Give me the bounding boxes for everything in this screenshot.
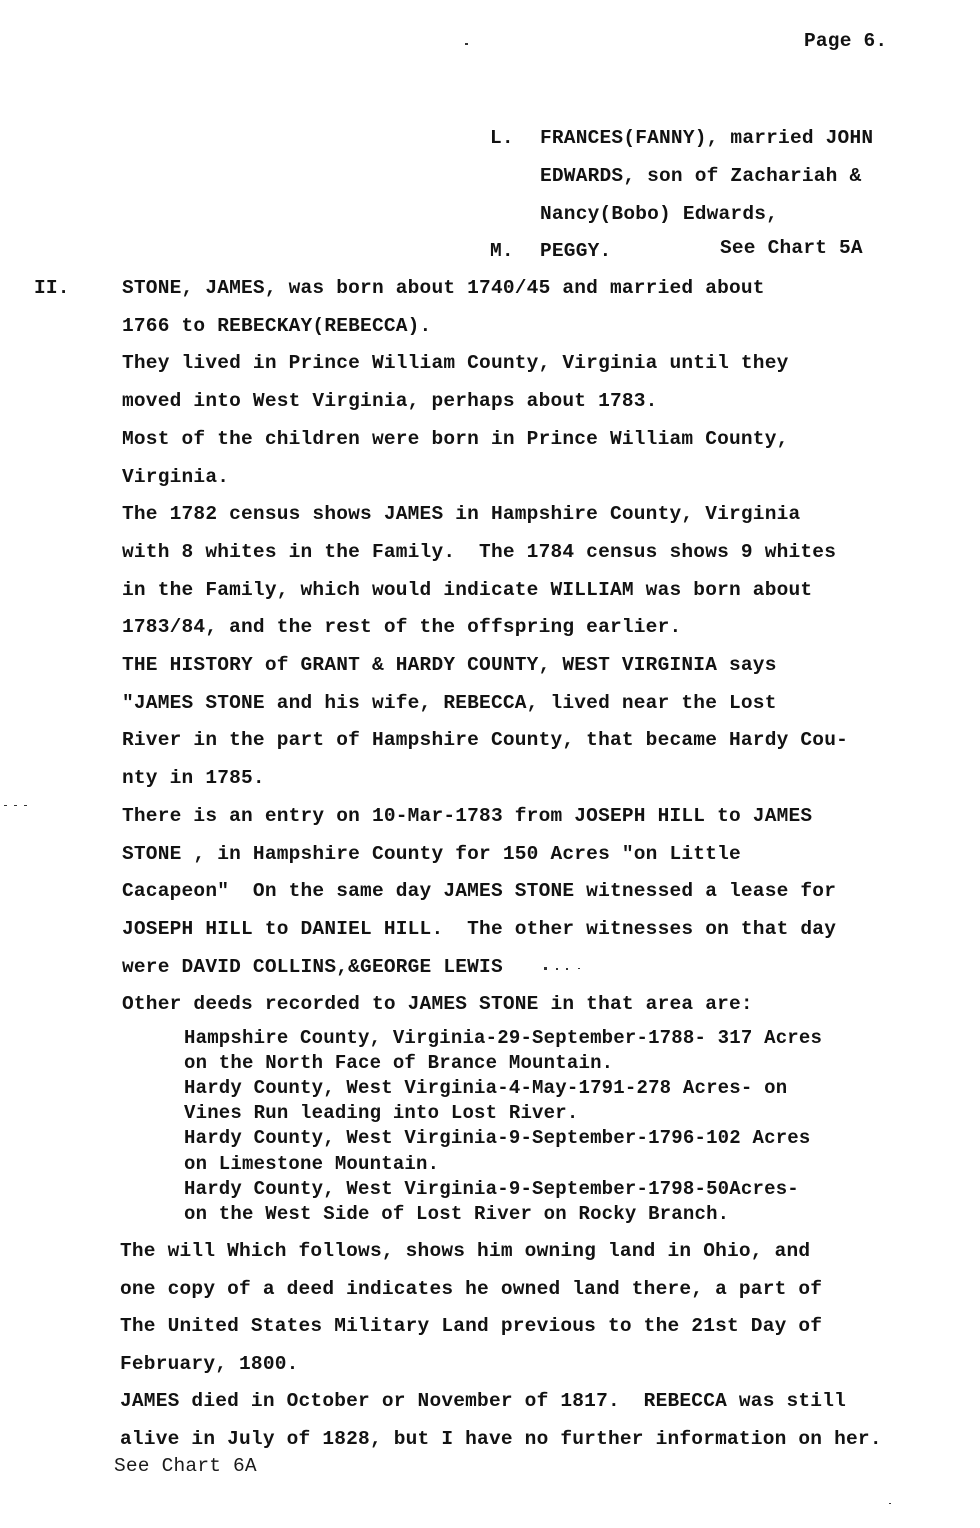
- scan-speck: [889, 1503, 891, 1504]
- page-number: Page 6.: [804, 31, 887, 51]
- body-text-line: moved into West Virginia, perhaps about …: [122, 391, 658, 411]
- body-text-line: Most of the children were born in Prince…: [122, 429, 789, 449]
- body-text-line: STONE, JAMES, was born about 1740/45 and…: [122, 278, 765, 298]
- body-text-line: They lived in Prince William County, Vir…: [122, 353, 789, 373]
- body-text-line: 1783/84, and the rest of the offspring e…: [122, 617, 681, 637]
- closing-text-line: JAMES died in October or November of 181…: [120, 1391, 846, 1411]
- body-text-line: The 1782 census shows JAMES in Hampshire…: [122, 504, 800, 524]
- closing-text-line: one copy of a deed indicates he owned la…: [120, 1279, 822, 1299]
- body-text-line: There is an entry on 10-Mar-1783 from JO…: [122, 806, 812, 826]
- deed-record-line: Vines Run leading into Lost River.: [184, 1101, 578, 1126]
- closing-text-line: The United States Military Land previous…: [120, 1316, 822, 1336]
- deed-record-line: on the West Side of Lost River on Rocky …: [184, 1202, 729, 1227]
- child-m-line-1: PEGGY.: [540, 241, 611, 261]
- scan-speck: [578, 968, 580, 969]
- deed-record-line: Hampshire County, Virginia-29-September-…: [184, 1026, 822, 1051]
- body-text-line: THE HISTORY of GRANT & HARDY COUNTY, WES…: [122, 655, 777, 675]
- scan-speck: [14, 805, 17, 806]
- child-l-line-2: EDWARDS, son of Zachariah &: [540, 166, 861, 186]
- body-text-line: were DAVID COLLINS,&GEORGE LEWIS: [122, 957, 503, 977]
- scan-speck: [556, 968, 558, 970]
- deed-record-line: Hardy County, West Virginia-9-September-…: [184, 1126, 811, 1151]
- chart-reference-6a: See Chart 6A: [114, 1456, 257, 1476]
- child-marker-m: M.: [490, 241, 514, 261]
- closing-text-line: alive in July of 1828, but I have no fur…: [120, 1429, 882, 1449]
- body-text-line: Cacapeon" On the same day JAMES STONE wi…: [122, 881, 836, 901]
- body-text-line: nty in 1785.: [122, 768, 265, 788]
- closing-text-line: February, 1800.: [120, 1354, 299, 1374]
- section-numeral: II.: [34, 278, 70, 298]
- scan-speck: [4, 805, 7, 806]
- closing-text-line: The will Which follows, shows him owning…: [120, 1241, 810, 1261]
- body-text-line: JOSEPH HILL to DANIEL HILL. The other wi…: [122, 919, 836, 939]
- body-text-line: "JAMES STONE and his wife, REBECCA, live…: [122, 693, 777, 713]
- deed-record-line: on the North Face of Brance Mountain.: [184, 1051, 613, 1076]
- deed-record-line: Hardy County, West Virginia-9-September-…: [184, 1177, 799, 1202]
- body-text-line: in the Family, which would indicate WILL…: [122, 580, 812, 600]
- scan-speck: [544, 967, 547, 970]
- body-text-line: STONE , in Hampshire County for 150 Acre…: [122, 844, 741, 864]
- scan-speck: [24, 805, 27, 806]
- deed-record-line: on Limestone Mountain.: [184, 1152, 439, 1177]
- child-l-line-3: Nancy(Bobo) Edwards,: [540, 204, 778, 224]
- document-page: Page 6. L. FRANCES(FANNY), married JOHN …: [0, 0, 980, 1528]
- body-text-line: with 8 whites in the Family. The 1784 ce…: [122, 542, 836, 562]
- deed-record-line: Hardy County, West Virginia-4-May-1791-2…: [184, 1076, 787, 1101]
- body-text-line: Other deeds recorded to JAMES STONE in t…: [122, 994, 753, 1014]
- scan-speck: [465, 43, 468, 45]
- scan-speck: [566, 968, 568, 970]
- child-l-line-1: FRANCES(FANNY), married JOHN: [540, 128, 873, 148]
- chart-reference-5a: See Chart 5A: [720, 238, 863, 258]
- body-text-line: River in the part of Hampshire County, t…: [122, 730, 848, 750]
- body-text-line: Virginia.: [122, 467, 229, 487]
- child-marker-l: L.: [490, 128, 514, 148]
- body-text-line: 1766 to REBECKAY(REBECCA).: [122, 316, 431, 336]
